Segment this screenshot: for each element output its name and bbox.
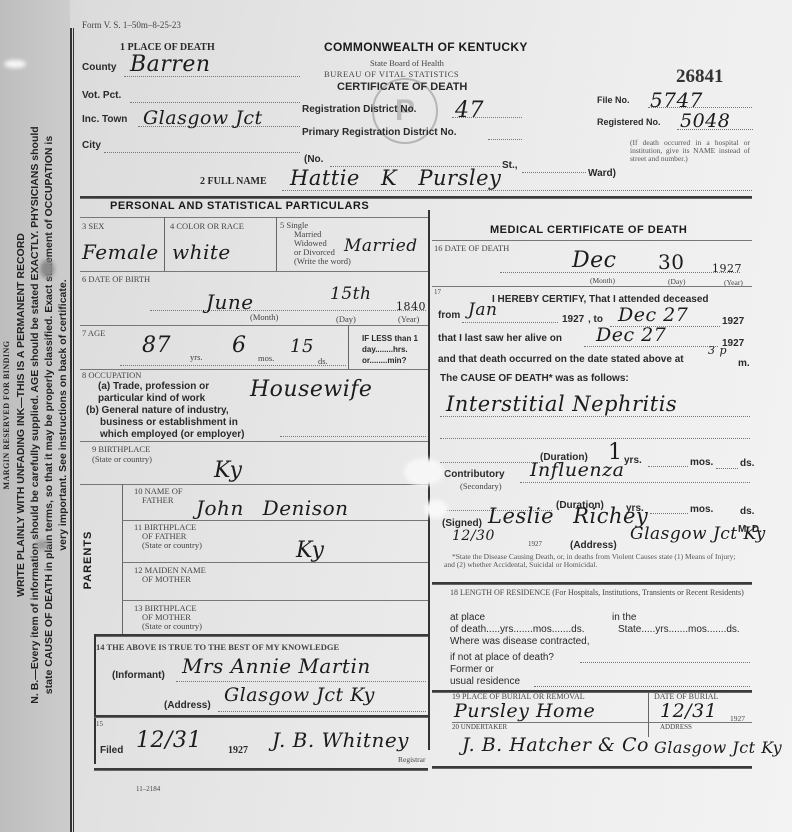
margin-line-1: WRITE PLAINLY WITH UNFADING INK—THIS IS … — [14, 5, 28, 825]
if-less-line-3: or........min? — [362, 355, 418, 366]
registered-no-label: Registered No. — [597, 117, 661, 127]
marital-label-instruction: (Write the word) — [280, 257, 351, 266]
former-residence-label-2: usual residence — [450, 676, 520, 687]
burial-date-value: 12/31 — [660, 700, 717, 722]
attended-from-year: 1927 — [562, 314, 584, 325]
occupation-label: 8 OCCUPATION — [82, 370, 141, 380]
signed-year-value: 1927 — [528, 540, 542, 548]
father-name-label: 10 NAME OF FATHER — [134, 487, 183, 505]
mother-name-label: 12 MAIDEN NAME OF MOTHER — [134, 566, 206, 584]
last-saw-date: Dec 27 — [596, 324, 666, 346]
state-title: COMMONWEALTH OF KENTUCKY — [324, 40, 528, 54]
registration-district-value: 47 — [455, 98, 484, 123]
duration-mos-caption: mos. — [690, 457, 713, 468]
age-years-value: 87 — [142, 333, 171, 358]
informant-heading: 14 THE ABOVE IS TRUE TO THE BEST OF MY K… — [96, 642, 339, 652]
occupation-a-line-2: particular kind of work — [98, 393, 209, 405]
informant-label: (Informant) — [112, 670, 165, 681]
ward-label: Ward) — [588, 168, 616, 179]
county-value: Barren — [130, 52, 211, 77]
date-of-death-label: 16 DATE OF DEATH — [434, 243, 509, 253]
personal-section-heading: PERSONAL AND STATISTICAL PARTICULARS — [110, 200, 369, 212]
father-birthplace-label-3: (State or country) — [134, 541, 202, 550]
undertaker-label: 20 UNDERTAKER — [452, 723, 507, 731]
informant-address-label: (Address) — [164, 700, 211, 711]
death-month-value: Dec — [572, 248, 616, 273]
birthplace-label-line-2: (State or country) — [92, 454, 152, 464]
in-the-label: in the — [612, 612, 636, 623]
margin-line-3: state CAUSE OF DEATH in plain terms, so … — [42, 5, 56, 825]
attended-to-year: 1927 — [722, 316, 744, 327]
state-duration-row: State.....yrs.......mos.......ds. — [618, 624, 740, 635]
father-birthplace-value: Ky — [296, 538, 324, 563]
occupation-b-line-1: (b) General nature of industry, — [86, 405, 244, 417]
city-label: City — [82, 140, 101, 151]
death-occurred-label: and that death occurred on the date stat… — [438, 354, 684, 365]
where-contracted-label: Where was disease contracted, — [450, 636, 590, 647]
if-less-line-1: IF LESS than 1 — [362, 333, 418, 344]
physician-address-label: (Address) — [570, 540, 617, 551]
physician-address-value: Glasgow Jct Ky — [630, 524, 766, 544]
death-day-value: 30 — [658, 250, 684, 274]
margin-line-2: N. B.—Every item of information should b… — [28, 5, 42, 825]
certificate-number: 26841 — [676, 66, 724, 88]
registrar-label: Registrar — [398, 755, 426, 764]
race-value: white — [172, 240, 231, 264]
occupation-value: Housewife — [250, 377, 372, 402]
cause-of-death-label: The CAUSE OF DEATH* was as follows: — [440, 373, 629, 384]
death-time-value: 3 p — [708, 344, 727, 357]
race-label: 4 COLOR OR RACE — [170, 221, 244, 231]
hospital-note: (If death occurred in a hospital or inst… — [630, 139, 750, 163]
full-name-value: Hattie K Pursley — [290, 166, 501, 190]
birth-month-caption: (Month) — [250, 312, 278, 322]
margin-rule — [70, 28, 74, 832]
contributory-label: Contributory — [444, 469, 505, 480]
mother-name-label-2: OF MOTHER — [134, 575, 206, 584]
age-months-value: 6 — [232, 333, 247, 358]
last-saw-label: that I last saw her alive on — [438, 333, 562, 344]
former-residence-label-1: Former or — [450, 664, 494, 675]
father-name-label-2: FATHER — [134, 496, 183, 505]
duration-2-ds-caption: ds. — [740, 506, 754, 517]
duration-2-mos-caption: mos. — [690, 504, 713, 515]
age-months-caption: mos. — [258, 353, 274, 363]
margin-reserved-label: MARGIN RESERVED FOR BINDING — [0, 5, 14, 825]
cause-footnote: *State the Disease Causing Death, or, in… — [444, 553, 748, 569]
marital-status-label: 5 Single Married Widowed or Divorced (Wr… — [280, 221, 351, 266]
board-name: State Board of Health — [370, 58, 444, 68]
parents-section-label: PARENTS — [82, 531, 94, 590]
county-label: County — [82, 62, 116, 73]
registered-no-value: 5048 — [680, 110, 730, 132]
primary-registration-label: Primary Registration District No. — [302, 127, 456, 138]
undertaker-address-value: Glasgow Jct Ky — [654, 738, 782, 757]
filed-year-value: 1927 — [228, 745, 248, 756]
age-days-value: 15 — [290, 336, 314, 357]
birth-day-caption: (Day) — [336, 314, 356, 324]
margin-instructions: MARGIN RESERVED FOR BINDING WRITE PLAINL… — [0, 5, 70, 825]
age-label: 7 AGE — [82, 328, 105, 338]
full-name-label: 2 FULL NAME — [200, 176, 267, 187]
attended-from-label: from — [438, 310, 460, 321]
at-place-label: at place — [450, 612, 485, 623]
birth-year-value: 1840 — [396, 300, 426, 313]
bureau-name: BUREAU OF VITAL STATISTICS — [324, 69, 459, 79]
age-years-caption: yrs. — [190, 352, 203, 362]
of-death-duration-row: of death.....yrs.......mos.......ds. — [450, 624, 585, 635]
filing-number: 15 — [96, 720, 103, 728]
street-label: St., — [502, 160, 518, 171]
sex-label: 3 SEX — [82, 221, 104, 231]
registrar-signature: J. B. Whitney — [272, 728, 409, 752]
cause-of-death-value: Interstitial Nephritis — [446, 392, 677, 416]
mother-birthplace-label-3: (State or country) — [134, 622, 202, 631]
death-year-value: 1927 — [712, 262, 742, 275]
vot-pct-label: Vot. Pct. — [82, 90, 121, 101]
informant-value: Mrs Annie Martin — [182, 654, 371, 678]
form-number: Form V. S. 1–50m–8-25-23 — [82, 20, 181, 30]
registration-district-label: Registration District No. — [302, 104, 416, 115]
birth-year-caption: (Year) — [398, 314, 419, 324]
secondary-label: (Secondary) — [460, 481, 502, 491]
occupation-b-line-2: business or establishment in — [86, 417, 244, 429]
undertaker-value: J. B. Hatcher & Co — [462, 734, 649, 756]
birthplace-value: Ky — [214, 458, 242, 483]
birthplace-label-line-1: 9 BIRTHPLACE — [92, 444, 152, 454]
death-certificate-scan: MARGIN RESERVED FOR BINDING WRITE PLAINL… — [0, 0, 792, 832]
filed-date-value: 12/31 — [136, 728, 202, 753]
file-no-value: 5747 — [650, 88, 703, 112]
occupation-b-label: (b) General nature of industry, business… — [86, 405, 244, 441]
residence-heading: 18 LENGTH OF RESIDENCE (For Hospitals, I… — [450, 588, 750, 598]
street-no-label: (No. — [304, 154, 323, 165]
contributory-value: Influenza — [530, 459, 624, 481]
death-time-suffix: m. — [738, 358, 750, 369]
marital-status-value: Married — [344, 236, 418, 256]
birth-day-value: 15th — [330, 284, 371, 304]
print-code: 11–2184 — [136, 785, 160, 793]
sex-value: Female — [82, 240, 159, 264]
death-day-caption: (Day) — [668, 277, 686, 286]
birthplace-label: 9 BIRTHPLACE (State or country) — [92, 444, 152, 464]
inc-town-label: Inc. Town — [82, 114, 127, 125]
death-month-caption: (Month) — [590, 276, 615, 285]
occupation-b-line-3: which employed (or employer) — [86, 429, 244, 441]
signed-date-value: 12/30 — [452, 528, 495, 544]
birth-month-value: June — [206, 290, 254, 314]
file-no-label: File No. — [597, 95, 630, 105]
informant-address-value: Glasgow Jct Ky — [224, 684, 375, 706]
if-not-place-label: if not at place of death? — [450, 652, 554, 663]
occupation-a-label: (a) Trade, profession or particular kind… — [98, 381, 209, 405]
mother-birthplace-label: 13 BIRTHPLACE OF MOTHER (State or countr… — [134, 604, 202, 631]
inc-town-value: Glasgow Jct — [143, 107, 263, 129]
father-birthplace-label: 11 BIRTHPLACE OF FATHER (State or countr… — [134, 523, 202, 550]
duration-yrs-caption: yrs. — [624, 455, 642, 466]
father-name-value: John Denison — [196, 496, 349, 520]
if-less-than-day: IF LESS than 1 day........hrs. or.......… — [362, 333, 418, 366]
burial-place-value: Pursley Home — [454, 700, 595, 722]
physician-signature: Leslie Richey — [488, 504, 648, 528]
undertaker-address-label: ADDRESS — [660, 723, 692, 731]
date-of-birth-label: 6 DATE OF BIRTH — [82, 274, 150, 284]
item-17-number: 17 — [434, 288, 441, 296]
medical-section-heading: MEDICAL CERTIFICATE OF DEATH — [490, 224, 687, 236]
filed-label: Filed — [100, 745, 123, 756]
duration-ds-caption: ds. — [740, 458, 754, 469]
attended-from-month: Jan — [468, 300, 497, 320]
margin-line-4: very important. See instructions on back… — [56, 5, 70, 825]
if-less-line-2: day........hrs. — [362, 344, 418, 355]
attended-to-date: Dec 27 — [618, 304, 688, 326]
occupation-a-line-1: (a) Trade, profession or — [98, 381, 209, 393]
